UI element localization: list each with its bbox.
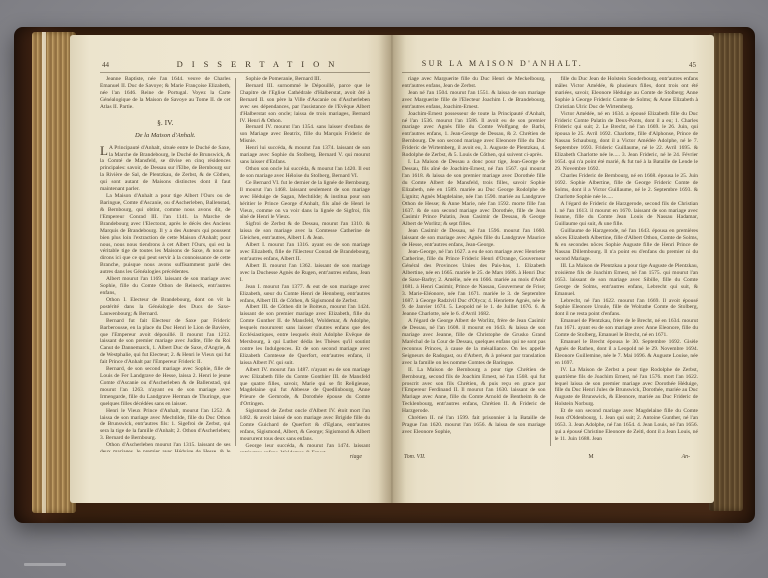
paragraph: Albert II. mourut l'an 1362. laissant de… [240,263,371,284]
left-page-text-block: 44 DISSERTATION Jeanne Baptiste, née l'a… [70,35,392,503]
paragraph: Jeanne Baptiste, née l'an 1644. veuve de… [100,76,231,111]
right-page-column-2: fille du Duc Jean de Holstein Sonderbour… [555,76,699,452]
left-page-column-1: Jeanne Baptiste, née l'an 1644. veuve de… [100,76,231,452]
left-page-column-2: Sophie de Pomeranie, Bernard III.Bernard… [240,76,371,452]
left-page-columns: Jeanne Baptiste, née l'an 1644. veuve de… [100,76,370,452]
paragraph: Sophie de Pomeranie, Bernard III. [240,76,371,83]
running-title-left: DISSERTATION [150,59,370,69]
photo-credit-mark [24,563,66,566]
page-spread: 44 DISSERTATION Jeanne Baptiste, née l'a… [70,35,714,503]
paragraph: Sigfroi de Zerbst & de Dessau, mourut l'… [240,221,371,242]
paragraph: fille du Duc Jean de Holstein Sonderbour… [555,76,699,111]
section-subheading: De la Maison d'Anhalt. [100,132,231,139]
paragraph: Emanuel de Plentzkau, frère de le Brecht… [555,318,699,339]
paragraph: Othon I. Electeur de Brandebourg, dont o… [100,297,231,318]
page-number-left: 44 [102,61,109,69]
paragraph: Victor Amédée, né en 1634. a épousé Eliz… [555,111,699,173]
page-edges-right [709,33,743,511]
section-heading: §. IV. [100,118,231,127]
paragraph: Albert mourut l'an 1169. laissant de son… [100,276,231,297]
paragraph: Jean Casimir de Dessau, né l'an 1596. mo… [402,228,546,249]
paragraph: Et de son second mariage avec Magdelaine… [555,408,699,443]
paragraph: Jean I. mourut l'an 1377. & eut de son m… [240,284,371,305]
gathering-signature: M [588,454,593,460]
paragraph: Charles Frideric de Bernbourg, né en 166… [555,173,699,201]
photo-background: 44 DISSERTATION Jeanne Baptiste, née l'a… [0,0,768,578]
paragraph: La Maison d'Anhalt a pour tige Albert l'… [100,193,231,276]
paragraph: LA Principauté d'Anhalt, située entre le… [100,145,231,193]
paragraph: Albert III. de Cöthen dit le Boiteux, mo… [240,304,371,366]
right-page-text-block: SUR LA MAISON D'ANHALT. 45 riage avec Ma… [392,35,714,503]
paragraph: A l'égard de George Albert de Worlitz, f… [402,318,546,366]
left-page-header: 44 DISSERTATION [100,59,370,73]
book: 44 DISSERTATION Jeanne Baptiste, née l'a… [14,27,755,523]
body-paragraphs: riage avec Marguerite fille du Duc Henri… [402,76,546,436]
volume-signature: Tom. VII. [404,454,426,460]
paragraph: III. La Maison de Plentzkau a pour tige … [555,263,699,298]
right-page-header: SUR LA MAISON D'ANHALT. 45 [402,59,698,73]
paragraph: Chrétien II. né l'an 1599. fait prisonni… [402,415,546,436]
paragraph: Jean né l'an 1504. mourut l'an 1551. & l… [402,90,546,111]
paragraph: Othon d'Ascherleben mourut l'an 1315. la… [100,442,231,452]
paragraph: I. La Maison de Dessau a donc pour tige,… [402,159,546,228]
paragraph: George leur succéda, & mourut l'an 1474.… [240,443,371,452]
paragraph: IV. La Maison de Zerbst a pour tige Rodo… [555,367,699,409]
paragraph: riage avec Marguerite fille du Duc Henri… [402,76,546,90]
intro-paragraphs: Jeanne Baptiste, née l'an 1644. veuve de… [100,76,231,111]
paragraph: Emanuel le Brecht épousa le 30. Septembr… [555,339,699,367]
paragraph: Albert I. mourut l'an 1316. ayant eu de … [240,242,371,263]
page-number-right: 45 [689,61,696,69]
paragraph: Ce Bernard VI. fut le dernier de la lign… [240,180,371,222]
paragraph: Bernard IV. mourut l'an 1354. sans laiss… [240,124,371,145]
paragraph: Othon son oncle lui succéda, & mourut l'… [240,166,371,180]
catchword-right: An- [682,454,690,460]
paragraph: Joachim-Ernest possesseur de toute la Pr… [402,111,546,159]
paragraph: II. La Maison de Bernbourg a pour tige C… [402,367,546,415]
paragraph: Bernard III. surnommé le Dépouillé, parc… [240,83,371,125]
running-title-right: SUR LA MAISON D'ANHALT. [402,59,603,68]
body-paragraphs: fille du Duc Jean de Holstein Sonderbour… [555,76,699,443]
right-page-columns: riage avec Marguerite fille du Duc Henri… [402,76,698,452]
paragraph: Albert IV. mourut l'an 1487. n'ayant eu … [240,367,371,409]
right-page-column-1: riage avec Marguerite fille du Duc Henri… [402,76,546,452]
left-page-footline: riage [100,454,370,466]
column-divider [550,78,551,446]
paragraph: Bernard fut fait Electeur de Saxe par Fr… [100,318,231,366]
paragraph: Jean-George, né l'an 1627. a eu de son m… [402,249,546,318]
paragraph: A l'égard de Frideric de Harzgerode, sec… [555,201,699,229]
paragraph: Henri lui succéda, & mourut l'an 1374. l… [240,145,371,166]
right-page: SUR LA MAISON D'ANHALT. 45 riage avec Ma… [392,35,714,503]
body-paragraphs: LA Principauté d'Anhalt, située entre le… [100,145,231,452]
paragraph: Bernard, de son second mariage avec Soph… [100,366,231,408]
paragraph: Henri le Vieux Prince d'Anhalt, mourut l… [100,408,231,443]
paragraph: Guillaume de Harzgerode, né l'an 1643. é… [555,228,699,263]
paragraph: Lebrecht, né l'an 1622. mourut l'an 1669… [555,298,699,319]
paragraph: Sigismond de Zerbst oncle d'Albert IV. é… [240,408,371,443]
body-paragraphs: Sophie de Pomeranie, Bernard III.Bernard… [240,76,371,452]
left-page: 44 DISSERTATION Jeanne Baptiste, née l'a… [70,35,392,503]
column-divider [235,78,236,446]
right-page-footline: Tom. VII. M An- [402,454,698,466]
catchword-left: riage [350,454,362,460]
